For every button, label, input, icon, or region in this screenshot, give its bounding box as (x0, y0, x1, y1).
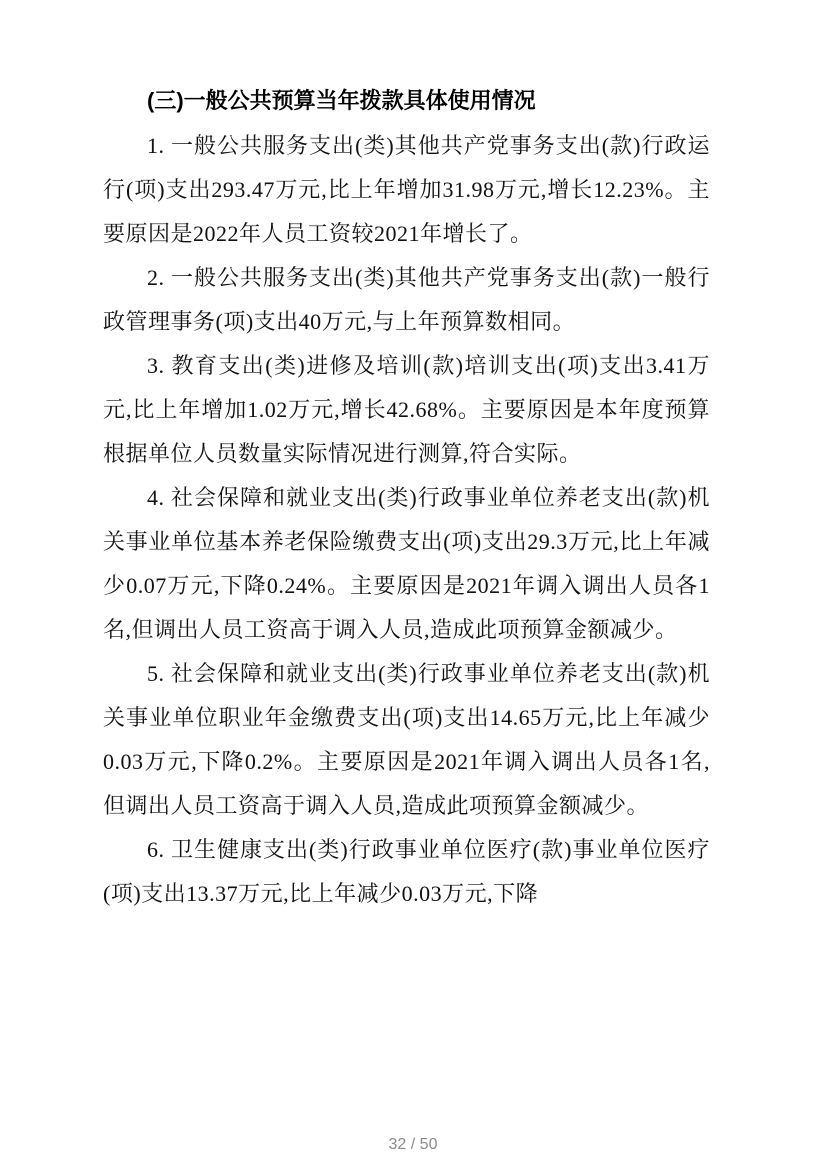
document-body: (三)一般公共预算当年拨款具体使用情况 1. 一般公共服务支出(类)其他共产党事… (103, 78, 710, 916)
paragraph-health-medical: 6. 卫生健康支出(类)行政事业单位医疗(款)事业单位医疗(项)支出13.37万… (103, 828, 710, 916)
page-number: 32 / 50 (0, 1136, 826, 1154)
document-page: (三)一般公共预算当年拨款具体使用情况 1. 一般公共服务支出(类)其他共产党事… (0, 0, 826, 1169)
paragraph-social-security-annuity: 5. 社会保障和就业支出(类)行政事业单位养老支出(款)机关事业单位职业年金缴费… (103, 652, 710, 828)
section-heading: (三)一般公共预算当年拨款具体使用情况 (103, 78, 710, 124)
paragraph-general-public-service-admin-affairs: 2. 一般公共服务支出(类)其他共产党事务支出(款)一般行政管理事务(项)支出4… (103, 256, 710, 344)
paragraph-education-training: 3. 教育支出(类)进修及培训(款)培训支出(项)支出3.41万元,比上年增加1… (103, 344, 710, 476)
paragraph-general-public-service-admin-operation: 1. 一般公共服务支出(类)其他共产党事务支出(款)行政运行(项)支出293.4… (103, 124, 710, 256)
paragraph-social-security-basic-pension: 4. 社会保障和就业支出(类)行政事业单位养老支出(款)机关事业单位基本养老保险… (103, 476, 710, 652)
